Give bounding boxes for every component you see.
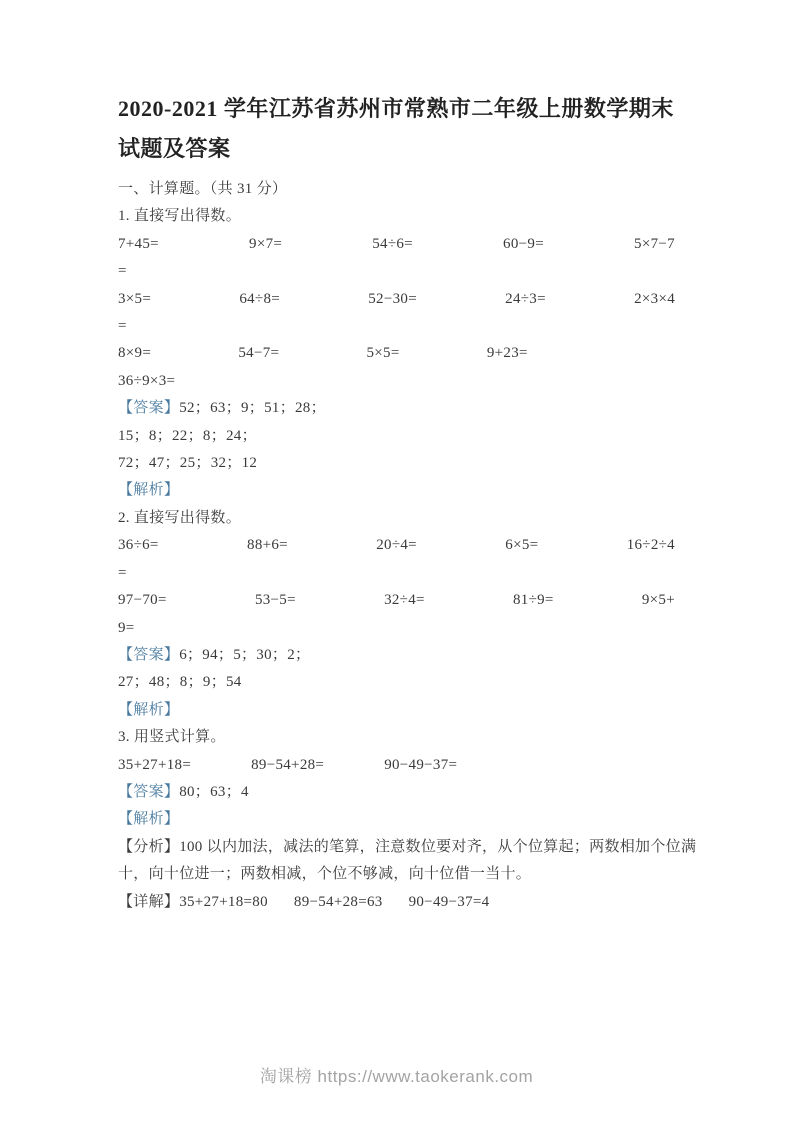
equation: 35+27+18=: [118, 752, 191, 779]
q3-analysis: 【解析】: [118, 806, 698, 833]
equation: 90−49−37=: [384, 752, 457, 779]
equation: 9×5+: [642, 587, 675, 614]
detail-label: 【详解】: [118, 894, 179, 910]
equation: 16÷2÷4: [627, 532, 675, 559]
equation: 5×7−7: [634, 231, 675, 258]
q1-row-2: 3×5= 64÷8= 52−30= 24÷3= 2×3×4: [118, 286, 675, 313]
q3-row: 35+27+18= 89−54+28= 90−49−37=: [118, 752, 675, 779]
fenxi-text: 100 以内加法，减法的笔算，注意数位要对齐，从个位算起；两数相加个位满十，向十…: [118, 839, 696, 882]
equation: 5×5=: [366, 340, 399, 367]
detail-equation: 35+27+18=80: [179, 894, 268, 910]
equation: 32÷4=: [384, 587, 425, 614]
answer-label: 【答案】: [118, 647, 179, 663]
equation: 9×7=: [249, 231, 282, 258]
equation: 3×5=: [118, 286, 151, 313]
q1-row-3: 8×9= 54−7= 5×5= 9+23=: [118, 340, 675, 367]
equation: 20÷4=: [376, 532, 417, 559]
question-1-label: 1. 直接写出得数。: [118, 203, 698, 230]
question-3-label: 3. 用竖式计算。: [118, 724, 698, 751]
q1-row-1: 7+45= 9×7= 54÷6= 60−9= 5×7−7: [118, 231, 675, 258]
equation: 52−30=: [368, 286, 417, 313]
analysis-label: 【解析】: [118, 702, 179, 718]
footer-watermark: 淘课榜 https://www.taokerank.com: [0, 1062, 793, 1087]
q1-row-2-continuation: =: [118, 313, 698, 340]
equation: 7+45=: [118, 231, 159, 258]
q3-fenxi-paragraph: 【分析】100 以内加法，减法的笔算，注意数位要对齐，从个位算起；两数相加个位满…: [118, 834, 698, 889]
fenxi-label: 【分析】: [118, 839, 179, 855]
equation: 81÷9=: [513, 587, 554, 614]
q1-answer-line-3: 72；47；25；32；12: [118, 450, 698, 477]
equation: 24÷3=: [505, 286, 546, 313]
row-spacer: [615, 340, 675, 367]
q1-analysis: 【解析】: [118, 477, 698, 504]
answer-values: 6；94；5；30；2；: [179, 647, 310, 663]
q3-answer-line: 【答案】80；63；4: [118, 779, 698, 806]
page-title: 2020-2021 学年江苏省苏州市常熟市二年级上册数学期末试题及答案: [118, 89, 693, 169]
q2-analysis: 【解析】: [118, 697, 698, 724]
equation: 60−9=: [503, 231, 544, 258]
q1-answer-line-1: 【答案】52；63；9；51；28；: [118, 395, 698, 422]
equation: 88+6=: [247, 532, 288, 559]
equation: 6×5=: [505, 532, 538, 559]
q1-answer-line-2: 15；8；22；8；24；: [118, 423, 698, 450]
section-heading: 一、计算题。（共 31 分）: [118, 176, 698, 203]
detail-equation: 89−54+28=63: [294, 894, 383, 910]
document-content: 2020-2021 学年江苏省苏州市常熟市二年级上册数学期末试题及答案 一、计算…: [118, 0, 698, 916]
answer-values: 52；63；9；51；28；: [179, 400, 326, 416]
equation: 2×3×4: [634, 286, 675, 313]
equation: 53−5=: [255, 587, 296, 614]
detail-equation: 90−49−37=4: [409, 894, 490, 910]
q1-row-4: 36÷9×3=: [118, 368, 698, 395]
equation: 64÷8=: [239, 286, 280, 313]
equation: 54÷6=: [372, 231, 413, 258]
q2-row-2: 97−70= 53−5= 32÷4= 81÷9= 9×5+: [118, 587, 675, 614]
answer-label: 【答案】: [118, 784, 179, 800]
q2-row-2-continuation: 9=: [118, 615, 698, 642]
equation: 9+23=: [487, 340, 528, 367]
analysis-label: 【解析】: [118, 811, 179, 827]
q1-row-1-continuation: =: [118, 258, 698, 285]
question-2-label: 2. 直接写出得数。: [118, 505, 698, 532]
q2-answer-line-2: 27；48；8；9；54: [118, 669, 698, 696]
q2-answer-line-1: 【答案】6；94；5；30；2；: [118, 642, 698, 669]
document-page: 2020-2021 学年江苏省苏州市常熟市二年级上册数学期末试题及答案 一、计算…: [0, 0, 793, 1122]
equation: 36÷6=: [118, 532, 159, 559]
equation: 54−7=: [238, 340, 279, 367]
q2-row-1-continuation: =: [118, 560, 698, 587]
analysis-label: 【解析】: [118, 482, 179, 498]
q2-row-1: 36÷6= 88+6= 20÷4= 6×5= 16÷2÷4: [118, 532, 675, 559]
q3-detail-line: 【详解】35+27+18=8089−54+28=6390−49−37=4: [118, 889, 698, 916]
answer-label: 【答案】: [118, 400, 179, 416]
equation: 89−54+28=: [251, 752, 324, 779]
equation: 97−70=: [118, 587, 167, 614]
answer-values: 80；63；4: [179, 784, 249, 800]
equation: 8×9=: [118, 340, 151, 367]
